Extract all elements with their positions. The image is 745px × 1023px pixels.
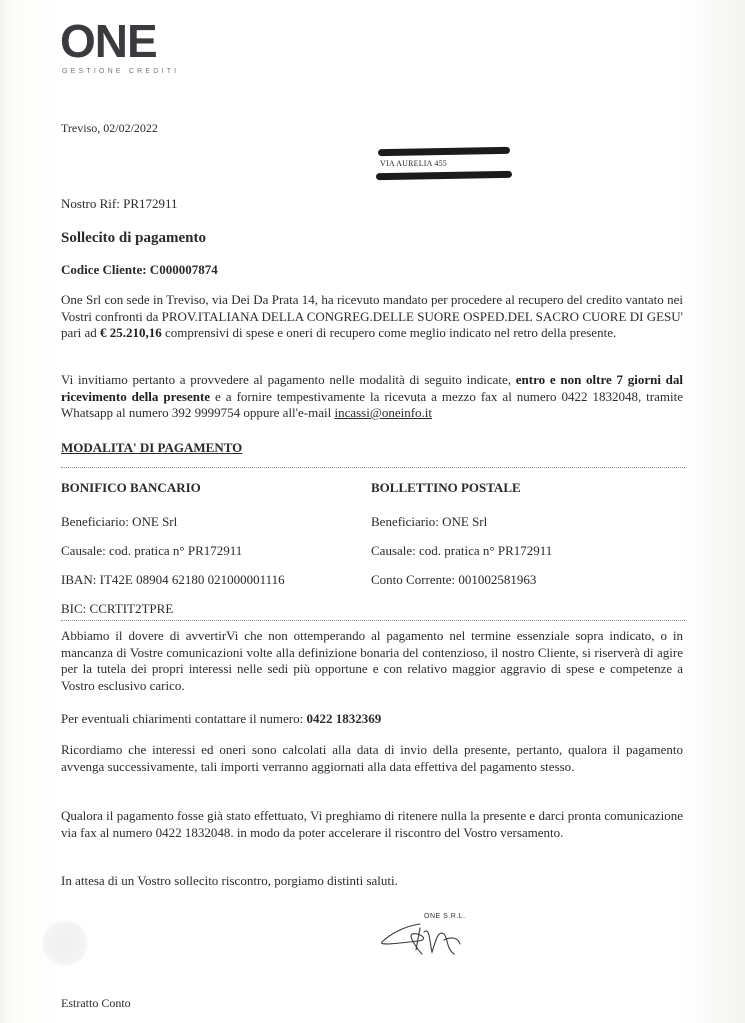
redaction-bar [378,147,510,156]
bank-transfer-heading: BONIFICO BANCARIO [61,480,201,496]
postal-slip-heading: BOLLETTINO POSTALE [371,480,521,496]
postal-account: Conto Corrente: 001002581963 [371,572,536,588]
email-link[interactable]: incassi@oneinfo.it [334,405,432,420]
footer-statement-label: Estratto Conto [61,996,131,1011]
closing-paragraph: In attesa di un Vostro sollecito riscont… [61,873,683,890]
warning-paragraph: Abbiamo il dovere di avvertirVi che non … [61,628,683,694]
faded-stamp [42,918,88,968]
signature-block: ONE S.R.L. [360,910,510,960]
payment-section-heading: MODALITA' DI PAGAMENTO [61,440,242,456]
intro-paragraph: One Srl con sede in Treviso, via Dei Da … [61,292,683,342]
postal-slip-block: BOLLETTINO POSTALE Beneficiario: ONE Srl… [371,480,661,600]
bank-iban: IBAN: IT42E 08904 62180 021000001116 [61,572,285,588]
divider [61,620,685,621]
invitation-paragraph: Vi invitiamo pertanto a provvedere al pa… [61,372,683,422]
bank-reason: Causale: cod. pratica n° PR172911 [61,543,242,559]
redaction-bar [376,171,512,180]
contact-text: Per eventuali chiarimenti contattare il … [61,711,306,726]
signature-scribble-icon [360,910,510,960]
debt-amount: € 25.210,16 [100,325,162,340]
recipient-address: VIA AURELIA 455 [378,148,513,182]
already-paid-paragraph: Qualora il pagamento fosse già stato eff… [61,808,683,841]
logo-tagline: GESTIONE CREDITI [62,68,179,75]
address-line: VIA AURELIA 455 [380,159,447,168]
letter-page: ONE GESTIONE CREDITI Treviso, 02/02/2022… [0,0,745,1023]
postal-beneficiary: Beneficiario: ONE Srl [371,514,487,530]
logo-wordmark: ONE [60,18,179,64]
bank-bic: BIC: CCRTIT2TPRE [61,601,173,617]
place-date: Treviso, 02/02/2022 [61,121,158,136]
divider [61,467,685,468]
contact-phone: 0422 1832369 [306,711,381,726]
interest-paragraph: Ricordiamo che interessi ed oneri sono c… [61,742,683,775]
contact-paragraph: Per eventuali chiarimenti contattare il … [61,711,683,728]
letter-title: Sollecito di pagamento [61,230,206,247]
invitation-text: Vi invitiamo pertanto a provvedere al pa… [61,372,516,387]
company-logo: ONE GESTIONE CREDITI [60,18,179,75]
client-code: Codice Cliente: C000007874 [61,262,218,278]
intro-text-end: comprensivi di spese e oneri di recupero… [162,325,616,340]
postal-reason: Causale: cod. pratica n° PR172911 [371,543,552,559]
reference-number: Nostro Rif: PR172911 [61,196,178,212]
bank-transfer-block: BONIFICO BANCARIO Beneficiario: ONE Srl … [61,480,351,620]
bank-beneficiary: Beneficiario: ONE Srl [61,514,177,530]
